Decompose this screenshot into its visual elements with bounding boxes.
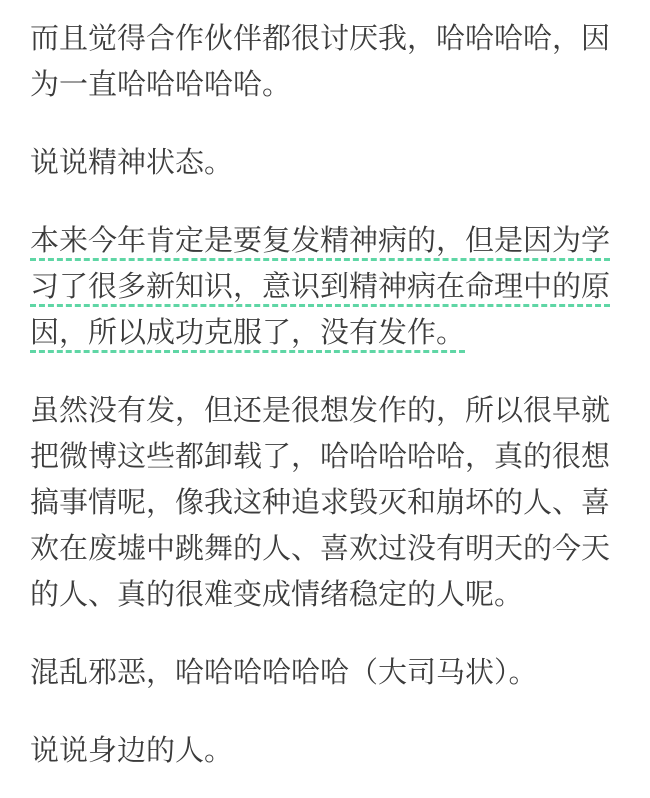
article-page: 而且觉得合作伙伴都很讨厌我，哈哈哈哈，因为一直哈哈哈哈哈。 说说精神状态。 本来… [0, 0, 650, 798]
paragraph-people-around-heading: 说说身边的人。 [30, 728, 620, 774]
paragraph-highlighted-relapse: 本来今年肯定是要复发精神病的，但是因为学习了很多新知识，意识到精神病在命理中的原… [30, 218, 620, 356]
paragraph-partners-dislike: 而且觉得合作伙伴都很讨厌我，哈哈哈哈，因为一直哈哈哈哈哈。 [30, 16, 620, 108]
paragraph-chaotic-evil: 混乱邪恶，哈哈哈哈哈哈（大司马状）。 [30, 650, 620, 696]
paragraph-uninstalled-weibo: 虽然没有发，但还是很想发作的，所以很早就把微博这些都卸载了，哈哈哈哈哈，真的很想… [30, 388, 620, 618]
paragraph-mental-state-heading: 说说精神状态。 [30, 140, 620, 186]
